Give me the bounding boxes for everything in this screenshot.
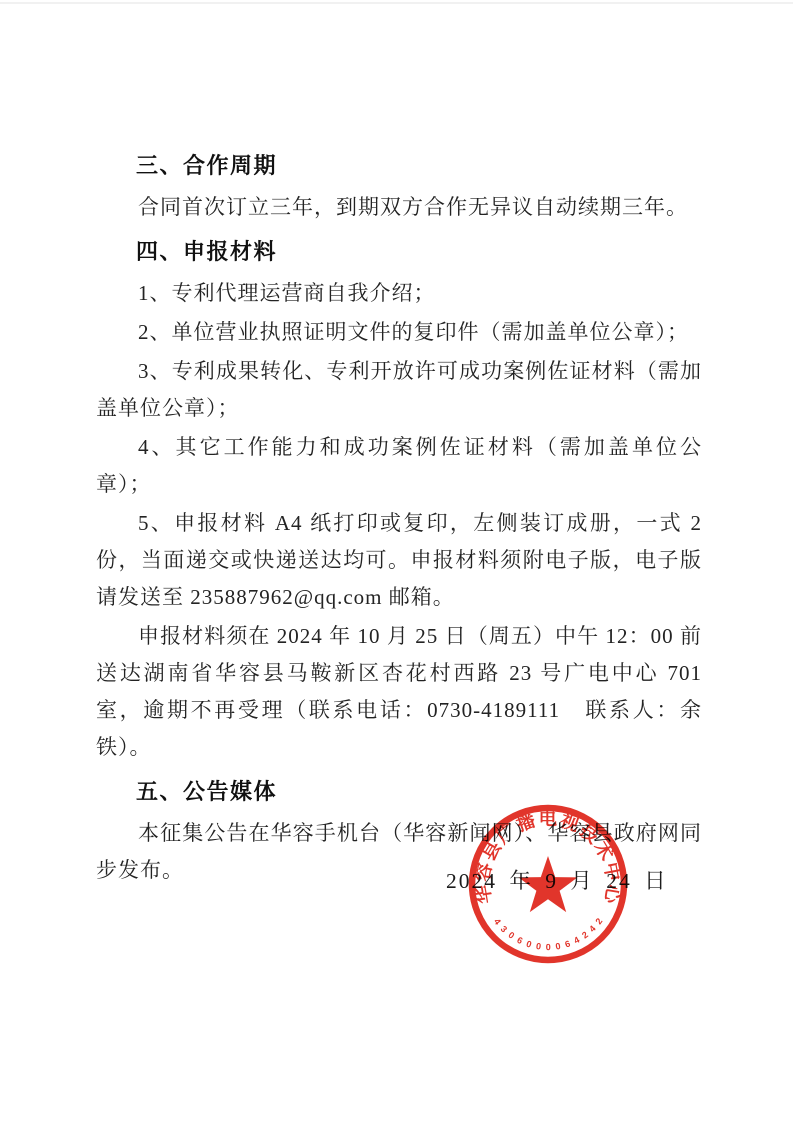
document-page: 三、合作周期 合同首次订立三年，到期双方合作无异议自动续期三年。 四、申报材料 … bbox=[0, 0, 793, 1122]
paragraph-deadline-address: 申报材料须在 2024 年 10 月 25 日（周五）中午 12：00 前送达湖… bbox=[96, 618, 702, 766]
page-top-edge bbox=[0, 2, 793, 4]
official-seal: 华容县广播电视技术中心 4306000064242 bbox=[464, 800, 632, 968]
paragraph-contract-term: 合同首次订立三年，到期双方合作无异议自动续期三年。 bbox=[96, 189, 702, 226]
paragraph-item-5: 5、申报材料 A4 纸打印或复印，左侧装订成册，一式 2 份，当面递交或快递送达… bbox=[96, 505, 702, 616]
document-body: 三、合作周期 合同首次订立三年，到期双方合作无异议自动续期三年。 四、申报材料 … bbox=[96, 140, 702, 891]
seal-star-icon bbox=[519, 856, 578, 912]
official-seal-graphic: 华容县广播电视技术中心 4306000064242 bbox=[464, 800, 632, 968]
section-heading-application-materials: 四、申报材料 bbox=[96, 231, 702, 273]
paragraph-item-3: 3、专利成果转化、专利开放许可成功案例佐证材料（需加盖单位公章）； bbox=[96, 353, 702, 427]
paragraph-item-4: 4、其它工作能力和成功案例佐证材料（需加盖单位公章）； bbox=[96, 429, 702, 503]
section-heading-cooperation-period: 三、合作周期 bbox=[96, 145, 702, 187]
paragraph-item-1: 1、专利代理运营商自我介绍； bbox=[96, 275, 702, 312]
paragraph-item-2: 2、单位营业执照证明文件的复印件（需加盖单位公章）； bbox=[96, 314, 702, 351]
